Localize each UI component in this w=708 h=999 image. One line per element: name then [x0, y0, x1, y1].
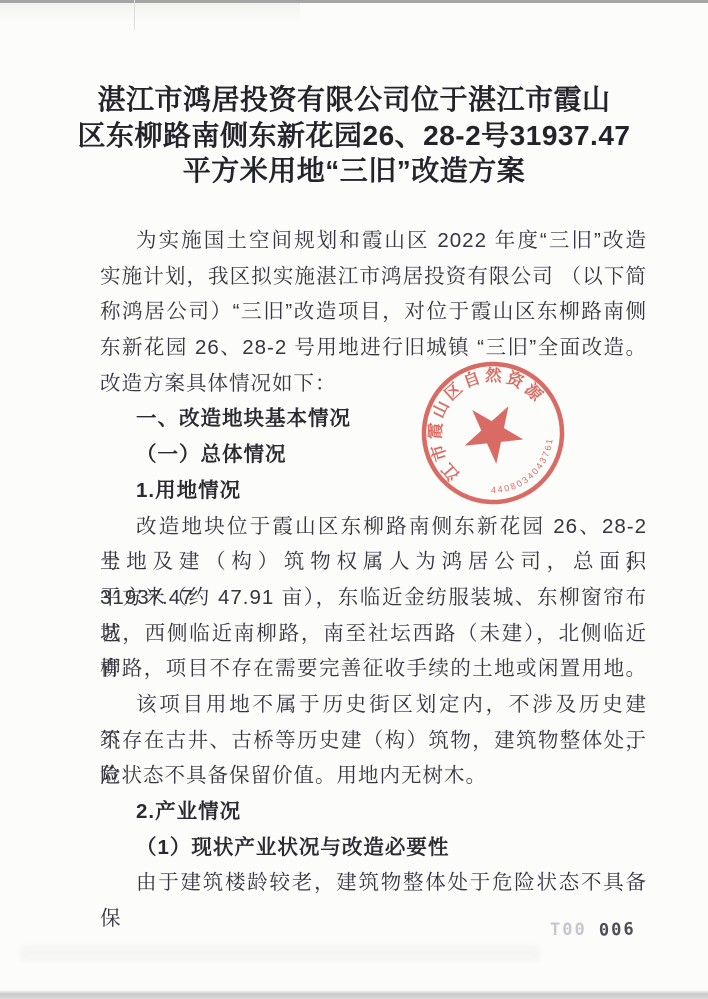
- body-line: 土地及建（构）筑物权属人为鸿居公司，总面积 31937.47: [100, 544, 647, 580]
- page-number-dark: 006: [598, 919, 635, 940]
- scan-smudge-bottom: [20, 945, 540, 961]
- body-line: 险状态不具备保留价值。用地内无树木。: [100, 758, 647, 794]
- title-line: 区东柳路南侧东新花园26、28-2号31937.47: [44, 118, 664, 154]
- seal-star-icon: [450, 390, 531, 471]
- official-seal: 湛江市霞山区自然资源局 4408034043761: [408, 348, 578, 518]
- page-number-stamp: T00006: [550, 920, 635, 940]
- body-line: 平方米（约 47.91 亩），东临近金纺服装城、东柳窗帘布艺: [100, 580, 647, 616]
- document-body: 为实施国土空间规划和霞山区 2022 年度“三旧”改造实施计划，我区拟实施湛江市…: [100, 223, 647, 901]
- body-line: 实施计划，我区拟实施湛江市鸿居投资有限公司 （以下简: [100, 259, 647, 295]
- scanned-document-page: 湛江市鸿居投资有限公司位于湛江市霞山区东柳路南侧东新花园26、28-2号3193…: [0, 0, 708, 999]
- title-line: 湛江市鸿居投资有限公司位于湛江市霞山: [44, 82, 664, 118]
- body-line: 不存在古井、古桥等历史建（构）筑物，建筑物整体处于危: [100, 723, 647, 759]
- scan-fold-line: [134, 0, 135, 30]
- body-line: 由于建筑楼龄较老，建筑物整体处于危险状态不具备保: [100, 865, 647, 901]
- scan-smudge-top: [0, 3, 300, 25]
- body-line: 为实施国土空间规划和霞山区 2022 年度“三旧”改造: [100, 223, 647, 259]
- page-number-faint: T00: [550, 920, 587, 940]
- document-title: 湛江市鸿居投资有限公司位于湛江市霞山区东柳路南侧东新花园26、28-2号3193…: [44, 82, 664, 189]
- body-line: 该项目用地不属于历史街区划定内，不涉及历史建筑，: [100, 687, 647, 723]
- body-line: 城，西侧临近南柳路，南至社坛西路（未建），北侧临近柳: [100, 616, 647, 652]
- scan-edge-bottom: [0, 990, 708, 999]
- body-line: 2.产业情况: [100, 794, 647, 830]
- body-line: （1）现状产业状况与改造必要性: [100, 830, 647, 866]
- title-line: 平方米用地“三旧”改造方案: [44, 153, 664, 189]
- body-line: 称鸿居公司）“三旧”改造项目，对位于霞山区东柳路南侧: [100, 294, 647, 330]
- body-line: 青路，项目不存在需要完善征收手续的土地或闲置用地。: [100, 651, 647, 687]
